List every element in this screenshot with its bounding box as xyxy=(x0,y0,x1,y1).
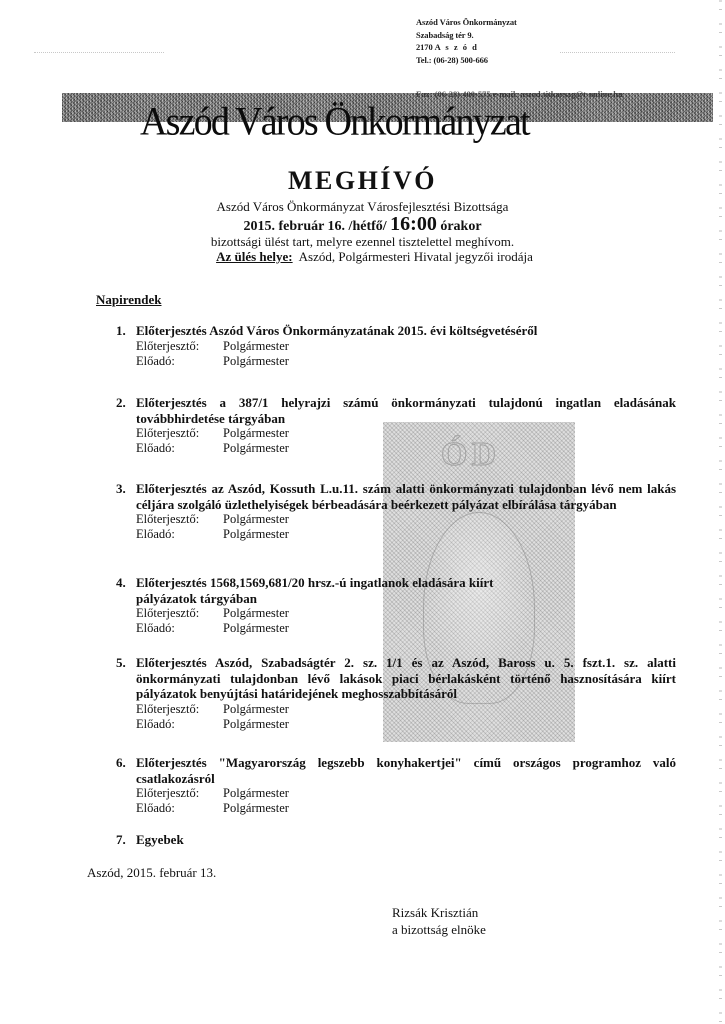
invite-text: bizottsági ülést tart, melyre ezennel ti… xyxy=(0,234,725,250)
agenda-item: 2. Előterjesztés a 387/1 helyrajzi számú… xyxy=(116,395,676,456)
agenda-item-title: Egyebek xyxy=(136,832,676,848)
scan-edge xyxy=(719,0,722,1024)
agenda-item-submitter: Előterjesztő:Polgármester xyxy=(136,786,676,801)
agenda-item-presenter: Előadó:Polgármester xyxy=(136,801,676,816)
letterhead-address: Aszód Város Önkormányzat Szabadság tér 9… xyxy=(416,16,517,66)
agenda-item-presenter: Előadó:Polgármester xyxy=(136,717,676,732)
agenda-item-title: Előterjesztés az Aszód, Kossuth L.u.11. … xyxy=(136,481,676,512)
signature-block: Rizsák Krisztián a bizottság elnöke xyxy=(392,904,486,938)
scan-artifact xyxy=(560,52,675,54)
letterhead-org: Aszód Város Önkormányzat xyxy=(416,16,517,29)
signatory-role: a bizottság elnöke xyxy=(392,921,486,938)
agenda-item-number: 1. xyxy=(116,323,126,339)
agenda-item: 6. Előterjesztés "Magyarország legszebb … xyxy=(116,755,676,816)
document-title: MEGHÍVÓ xyxy=(0,166,725,196)
agenda-item: 5. Előterjesztés Aszód, Szabadságtér 2. … xyxy=(116,655,676,732)
agenda-item-presenter: Előadó:Polgármester xyxy=(136,354,676,369)
agenda-title: Napirendek xyxy=(96,292,162,308)
meeting-date: 2015. február 16. /hétfő/ xyxy=(243,219,386,234)
agenda-item-number: 6. xyxy=(116,755,126,771)
letterhead-fax-email: Fax: (06-28) 400-575 e-mail: aszod.titka… xyxy=(416,89,623,99)
agenda-item-submitter: Előterjesztő:Polgármester xyxy=(136,606,676,621)
agenda-item: 1. Előterjesztés Aszód Város Önkormányza… xyxy=(116,323,676,369)
agenda-item-title: Előterjesztés 1568,1569,681/20 hrsz.-ú i… xyxy=(136,575,556,606)
agenda-item-title: Előterjesztés Aszód, Szabadságtér 2. sz.… xyxy=(136,655,676,702)
agenda-item: 4. Előterjesztés 1568,1569,681/20 hrsz.-… xyxy=(116,575,676,636)
meeting-time: 16:00 xyxy=(390,213,437,235)
venue-label: Az ülés helye: xyxy=(216,249,293,264)
letterhead-zip: 2170 xyxy=(416,42,433,52)
agenda-item-title: Előterjesztés "Magyarország legszebb kon… xyxy=(136,755,676,786)
letterhead-city-name: A s z ó d xyxy=(435,42,479,52)
letterhead-street: Szabadság tér 9. xyxy=(416,29,517,42)
agenda-item-presenter: Előadó:Polgármester xyxy=(136,527,676,542)
letterhead-phone: Tel.: (06-28) 500-666 xyxy=(416,54,517,67)
document-page: Aszód Város Önkormányzat Szabadság tér 9… xyxy=(0,0,725,1024)
venue-value: Aszód, Polgármesteri Hivatal jegyzői iro… xyxy=(299,249,533,264)
agenda-item-number: 2. xyxy=(116,395,126,411)
agenda-item: 3. Előterjesztés az Aszód, Kossuth L.u.1… xyxy=(116,481,676,542)
agenda-item-number: 7. xyxy=(116,832,126,848)
agenda-item-presenter: Előadó:Polgármester xyxy=(136,621,676,636)
agenda-item-number: 4. xyxy=(116,575,126,591)
venue-line: Az ülés helye:Aszód, Polgármesteri Hivat… xyxy=(12,249,725,265)
committee-name: Aszód Város Önkormányzat Városfejlesztés… xyxy=(0,199,725,215)
agenda-item-submitter: Előterjesztő:Polgármester xyxy=(136,702,676,717)
agenda-item-submitter: Előterjesztő:Polgármester xyxy=(136,339,676,354)
agenda-item: 7. Egyebek xyxy=(116,832,676,848)
agenda-item-number: 3. xyxy=(116,481,126,497)
agenda-item-title: Előterjesztés a 387/1 helyrajzi számú ön… xyxy=(136,395,676,426)
agenda-item-submitter: Előterjesztő:Polgármester xyxy=(136,512,676,527)
agenda-item-submitter: Előterjesztő:Polgármester xyxy=(136,426,676,441)
agenda-item-number: 5. xyxy=(116,655,126,671)
place-and-date: Aszód, 2015. február 13. xyxy=(87,865,216,881)
letterhead-title: Aszód Város Önkormányzat xyxy=(140,99,529,145)
scan-artifact xyxy=(34,52,164,54)
signatory-name: Rizsák Krisztián xyxy=(392,904,486,921)
meeting-time-suffix: órakor xyxy=(440,219,481,234)
agenda-item-presenter: Előadó:Polgármester xyxy=(136,441,676,456)
letterhead-city: 2170 A s z ó d xyxy=(416,41,517,54)
agenda-item-title: Előterjesztés Aszód Város Önkormányzatán… xyxy=(136,323,676,339)
